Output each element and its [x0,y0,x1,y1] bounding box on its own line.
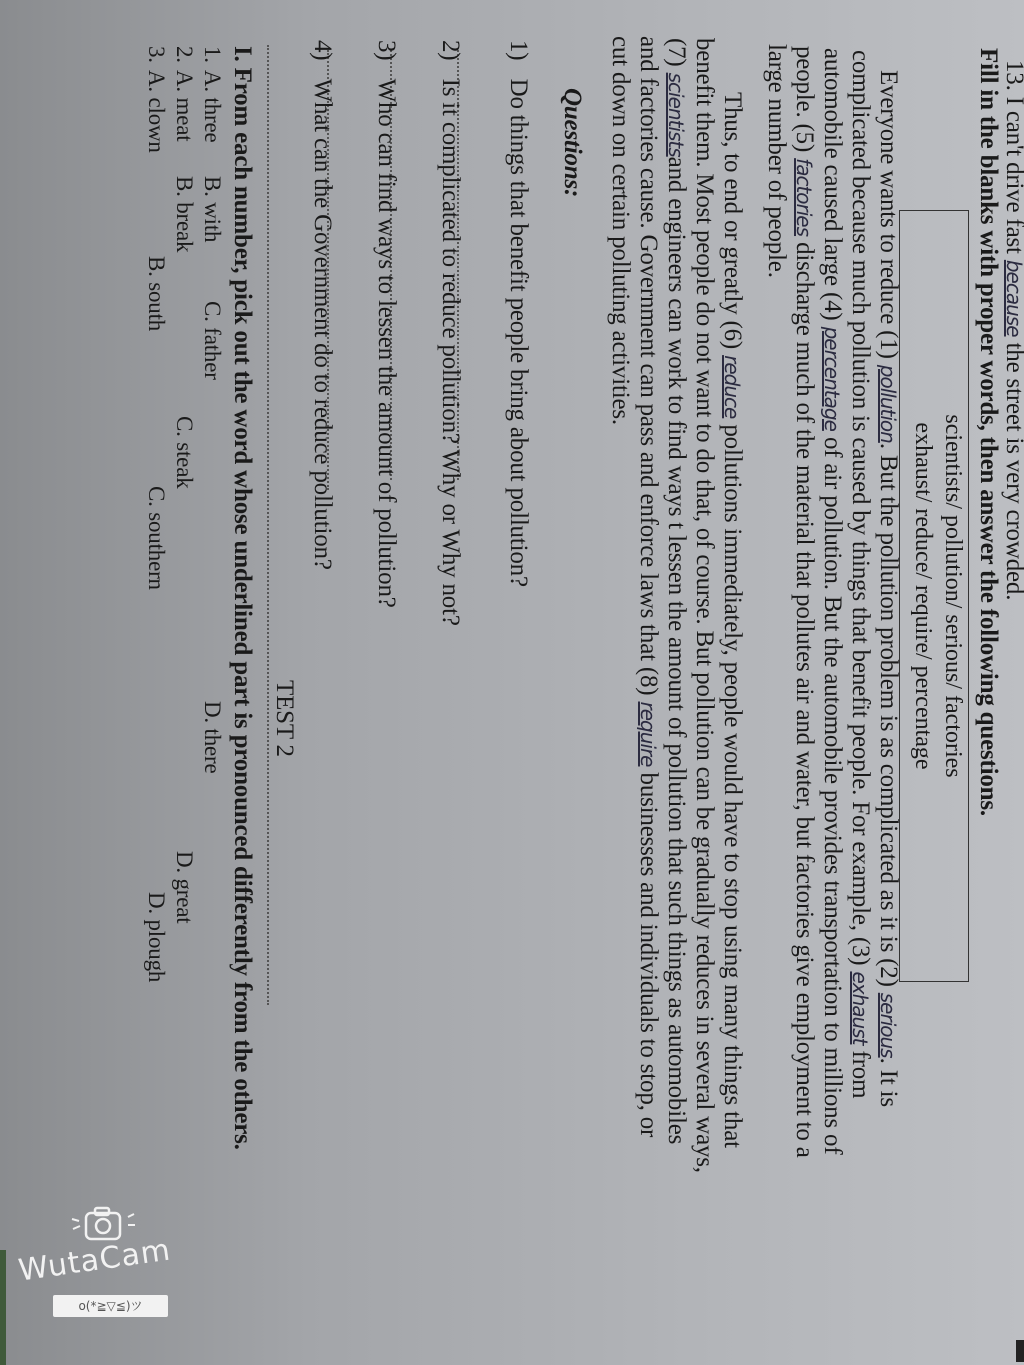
answer-6: reduce [720,355,744,418]
paragraph1-line3: automobile caused large (4) percentage o… [818,48,846,1154]
text: . But the pollution problem is as compli… [875,443,902,987]
wutacam-watermark: WutaCam o(*≧▽≦)ツ [18,1195,188,1335]
text: Thus, to end or greatly (6) [719,92,746,349]
text: discharge much of the material that poll… [791,242,818,1158]
word-bank-box: scientists/ pollution/ serious/ factorie… [899,210,969,982]
text: and factories cause. Government can pass… [635,36,662,695]
paragraph1-line5: large number of people. [762,44,790,278]
text: from [847,1051,874,1099]
instruction: Fill in the blanks with proper words, th… [974,48,1002,816]
question-text: Do things that benefit people bring abou… [505,79,532,587]
option-c[interactable]: C. father [198,301,226,380]
question-text: Is it complicated to reduce pollution? W… [437,79,464,626]
text: (7) [663,38,690,67]
option-a[interactable]: A. meat [170,70,198,141]
prev-item-line: 13. I can't drive fast because the stree… [1000,60,1024,600]
word-bank-row: scientists/ pollution/ serious/ factorie… [938,211,968,981]
text: people. (5) [791,46,818,152]
question-text: Who can find ways to lessen the amount o… [373,79,400,608]
paragraph1-line1: Everyone wants to reduce (1) pollution. … [874,70,902,1107]
item-number: 1. [200,46,225,63]
question-number: 2) [437,40,464,60]
option-c[interactable]: C. steak [170,416,198,489]
pron-row-2: 2. A. meat B. break C. steak D. great [170,46,198,63]
paragraph2-line4: and factories cause. Government can pass… [634,36,662,1137]
answer-3: exhaust [848,971,872,1044]
option-c[interactable]: C. southern [142,486,170,590]
option-d[interactable]: D. great [170,851,198,923]
pron-row-3: 3. A. clown B. south C. southern D. plou… [142,46,170,63]
paragraph2-line5: cut down on certain polluting activities… [606,36,634,425]
answer-8: require [636,702,660,767]
option-a[interactable]: A. clown [142,70,170,153]
text: of air pollution. But the automobile pro… [819,437,846,1155]
item-number: 3. [144,46,169,63]
pron-row-1: 1. A. three B. with C. father D. there [198,46,226,63]
text: pollutions immediately, people would hav… [719,424,746,1147]
question-4: 4) What can the Government do to reduce … [308,40,336,570]
question-number: 1) [505,40,532,60]
questions-heading: Questions: [558,88,586,197]
answer-5: factories [792,158,816,236]
text: businesses and individuals to stop, or [635,773,662,1138]
option-b[interactable]: B. break [170,176,198,252]
paragraph1-line4: people. (5) factories discharge much of … [790,46,818,1158]
answer-7: scientists [664,73,688,157]
paragraph2-line1: Thus, to end or greatly (6) reduce pollu… [718,92,746,1148]
text: and engineers can work to find ways t le… [663,157,690,1144]
text: . It is [875,1058,902,1107]
answer-line-4[interactable] [267,45,269,1005]
question-3: 3) Who can find ways to lessen the amoun… [372,40,400,608]
paragraph2-line3: (7) scientistsand engineers can work to … [662,38,690,1144]
text: complicated because much pollution is ca… [847,50,874,965]
word-bank-row: exhaust/ reduce/ require/ percentage [908,211,938,981]
text: automobile caused large (4) [819,48,846,321]
text: Everyone wants to reduce (1) [875,70,902,359]
question-1: 1) Do things that benefit people bring a… [504,40,532,587]
watermark-ribbon: o(*≧▽≦)ツ [53,1295,168,1317]
paragraph2-line2: benefit them. Most people do not want to… [690,38,718,1173]
answer-1: pollution [876,365,900,443]
answer-4: percentage [820,327,844,431]
page-number-mark [1016,1340,1024,1362]
option-b[interactable]: B. south [142,256,170,331]
worksheet-page: 13. I can't drive fast because the stree… [0,0,1024,1365]
prev-item-prefix: 13. I can't drive fast [1001,60,1024,254]
option-d[interactable]: D. plough [142,892,170,982]
test-title: TEST 2 [270,680,298,757]
question-2: 2) Is it complicated to reduce pollution… [436,40,464,626]
question-text: What can the Government do to reduce pol… [309,79,336,570]
answer-2: serious [876,993,900,1058]
question-number: 3) [373,40,400,60]
section-heading: I. From each number, pick out the word w… [228,46,256,1150]
handwritten-answer: because [1002,260,1024,337]
question-number: 4) [309,40,336,60]
option-b[interactable]: B. with [198,176,226,242]
paragraph1-line2: complicated because much pollution is ca… [846,50,874,1098]
option-d[interactable]: D. there [198,701,226,773]
option-a[interactable]: A. three [198,70,226,142]
prev-item-suffix: the street is very crowded. [1001,343,1024,601]
item-number: 2. [172,46,197,63]
